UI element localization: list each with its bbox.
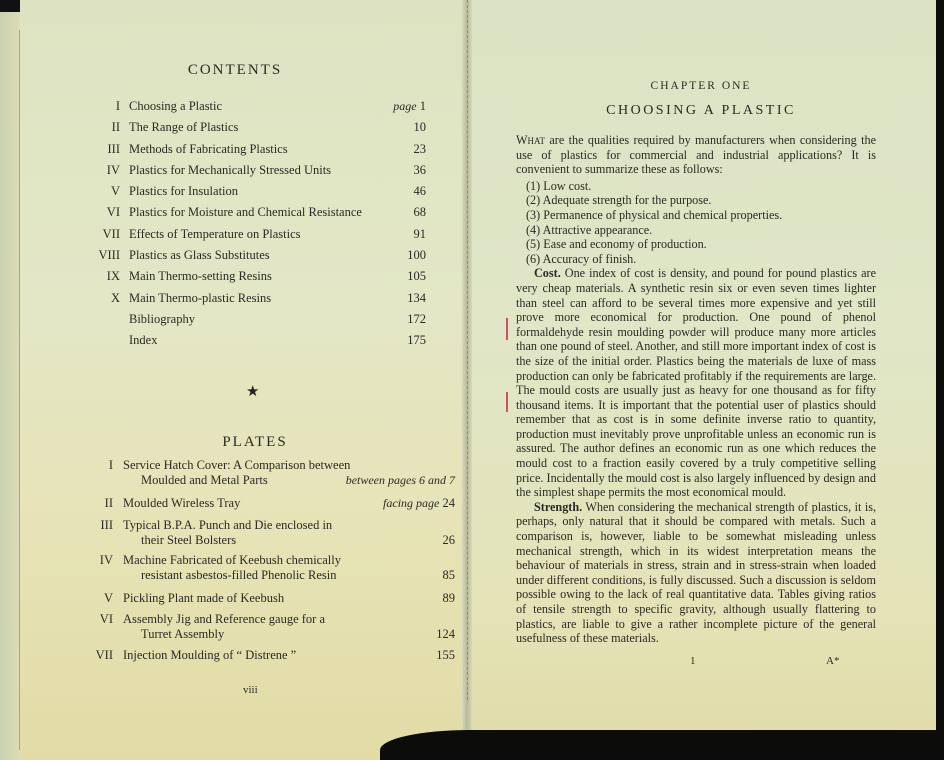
plate-title: Typical B.P.A. Punch and Die enclosed in… <box>123 518 463 548</box>
plate-title-continued: Moulded and Metal Parts <box>123 473 268 487</box>
toc-chapter-title: Choosing a Plastic <box>129 96 222 117</box>
toc-chapter-number: VII <box>80 224 120 245</box>
toc-chapter-title: Bibliography <box>129 309 195 330</box>
toc-page-number: 105 <box>407 266 426 287</box>
toc-entry: IXMain Thermo-setting Resins105 <box>80 266 430 287</box>
plates-heading: PLATES <box>0 434 510 451</box>
signature-mark: A* <box>826 655 839 667</box>
toc-chapter-number: II <box>80 117 120 138</box>
toc-page-number: 23 <box>414 139 427 160</box>
page-number-left: viii <box>243 684 258 696</box>
plate-number: VI <box>95 612 113 627</box>
plate-entry: IIMoulded Wireless Trayfacing page 24 <box>95 496 463 511</box>
toc-chapter-number: III <box>80 139 120 160</box>
toc-chapter-number: IV <box>80 160 120 181</box>
plate-number: I <box>95 458 113 473</box>
plate-entry: VPickling Plant made of Keebush89 <box>95 591 463 606</box>
plate-number: II <box>95 496 113 511</box>
toc-entry: VIIEffects of Temperature on Plastics91 <box>80 224 430 245</box>
star-ornament-icon: ★ <box>246 382 259 401</box>
strength-paragraph: Strength. When considering the mechanica… <box>516 500 876 646</box>
toc-chapter-title: Plastics as Glass Substitutes <box>129 245 270 266</box>
toc-chapter-title: Main Thermo-plastic Resins <box>129 288 271 309</box>
toc-entry: IIThe Range of Plastics10 <box>80 117 430 138</box>
toc-chapter-title: Plastics for Mechanically Stressed Units <box>129 160 331 181</box>
toc-chapter-number: X <box>80 288 120 309</box>
plate-number: VII <box>95 648 113 663</box>
toc-entry: IVPlastics for Mechanically Stressed Uni… <box>80 160 430 181</box>
plate-page: 155 <box>436 648 455 663</box>
qualities-list: (1) Low cost.(2) Adequate strength for t… <box>526 179 876 267</box>
toc-page-number: 91 <box>414 224 427 245</box>
plate-entry: IIITypical B.P.A. Punch and Die enclosed… <box>95 518 463 548</box>
left-page: CONTENTS IChoosing a Plasticpage 1IIThe … <box>0 0 466 760</box>
chapter-title: CHOOSING A PLASTIC <box>466 103 936 119</box>
cost-text: One index of cost is density, and pound … <box>516 266 876 499</box>
plate-page: 89 <box>443 591 456 606</box>
margin-mark-1 <box>506 318 508 340</box>
toc-page-number: 46 <box>414 181 427 202</box>
toc-page-number: 10 <box>414 117 427 138</box>
plate-page: facing page 24 <box>383 496 455 511</box>
page-number-right: 1 <box>690 655 696 667</box>
plate-title: Injection Moulding of “ Distrene ” <box>123 648 463 663</box>
toc-chapter-number: I <box>80 96 120 117</box>
toc-entry: VIIIPlastics as Glass Substitutes100 <box>80 245 430 266</box>
page-edges <box>0 0 20 760</box>
quality-item: (1) Low cost. <box>526 179 876 194</box>
toc-entry: Index175 <box>80 330 430 351</box>
toc-page-number: 68 <box>414 202 427 223</box>
plate-page: 124 <box>436 627 455 642</box>
page-edge-line <box>19 30 20 750</box>
margin-mark-2 <box>506 392 508 412</box>
toc-page-number: 134 <box>407 288 426 309</box>
plate-title: Machine Fabricated of Keebush chemically… <box>123 553 463 583</box>
plate-page: between pages 6 and 7 <box>346 473 455 488</box>
strength-heading: Strength. <box>534 500 582 514</box>
toc-entry: XMain Thermo-plastic Resins134 <box>80 288 430 309</box>
quality-item: (6) Accuracy of finish. <box>526 252 876 267</box>
toc-entry: Bibliography172 <box>80 309 430 330</box>
toc-page-prefix: page <box>393 99 416 113</box>
plate-title: Assembly Jig and Reference gauge for aTu… <box>123 612 463 642</box>
toc-entry: VIPlastics for Moisture and Chemical Res… <box>80 202 430 223</box>
strength-text: When considering the mechanical strength… <box>516 500 876 645</box>
plate-title: Pickling Plant made of Keebush <box>123 591 463 606</box>
quality-item: (2) Adequate strength for the purpose. <box>526 193 876 208</box>
toc-chapter-title: Main Thermo-setting Resins <box>129 266 272 287</box>
toc-page-number: page 1 <box>393 96 426 117</box>
plate-page: 26 <box>443 533 456 548</box>
plate-entry: IService Hatch Cover: A Comparison betwe… <box>95 458 463 488</box>
toc-entry: IChoosing a Plasticpage 1 <box>80 96 430 117</box>
toc-chapter-title: Plastics for Insulation <box>129 181 238 202</box>
table-of-contents: IChoosing a Plasticpage 1IIThe Range of … <box>80 96 430 352</box>
toc-chapter-number: V <box>80 181 120 202</box>
background-corner <box>0 0 20 12</box>
book-spread: CONTENTS IChoosing a Plasticpage 1IIThe … <box>0 0 944 760</box>
plate-page: 85 <box>443 568 456 583</box>
plate-number: III <box>95 518 113 533</box>
quality-item: (5) Ease and economy of production. <box>526 237 876 252</box>
plate-title-continued: Turret Assembly <box>123 627 224 641</box>
contents-heading: CONTENTS <box>0 62 470 79</box>
toc-chapter-number: VIII <box>80 245 120 266</box>
quality-item: (3) Permanence of physical and chemical … <box>526 208 876 223</box>
quality-item: (4) Attractive appearance. <box>526 223 876 238</box>
plate-entry: VIAssembly Jig and Reference gauge for a… <box>95 612 463 642</box>
plate-entry: VIIInjection Moulding of “ Distrene ”155 <box>95 648 463 663</box>
toc-page-number: 172 <box>407 309 426 330</box>
toc-chapter-title: Effects of Temperature on Plastics <box>129 224 301 245</box>
toc-page-number: 175 <box>407 330 426 351</box>
toc-entry: VPlastics for Insulation46 <box>80 181 430 202</box>
toc-entry: IIIMethods of Fabricating Plastics23 <box>80 139 430 160</box>
toc-chapter-number: IX <box>80 266 120 287</box>
plate-number: V <box>95 591 113 606</box>
intro-paragraph: What are the qualities required by manuf… <box>516 133 876 177</box>
toc-chapter-title: Methods of Fabricating Plastics <box>129 139 288 160</box>
toc-page-number: 36 <box>414 160 427 181</box>
plate-entry: IVMachine Fabricated of Keebush chemical… <box>95 553 463 583</box>
toc-chapter-title: Index <box>129 330 157 351</box>
intro-lead: What <box>516 133 545 147</box>
chapter-body: What are the qualities required by manuf… <box>516 133 876 646</box>
intro-text: are the qualities required by manufactur… <box>516 133 876 176</box>
toc-chapter-number: VI <box>80 202 120 223</box>
toc-chapter-title: The Range of Plastics <box>129 117 238 138</box>
plate-title-continued: their Steel Bolsters <box>123 533 236 547</box>
toc-chapter-title: Plastics for Moisture and Chemical Resis… <box>129 202 362 223</box>
background-shadow <box>380 730 944 760</box>
cost-heading: Cost. <box>534 266 561 280</box>
chapter-label: CHAPTER ONE <box>466 80 936 92</box>
cost-paragraph: Cost. One index of cost is density, and … <box>516 266 876 500</box>
plate-number: IV <box>95 553 113 568</box>
plate-title-continued: resistant asbestos-filled Phenolic Resin <box>123 568 336 582</box>
toc-page-number: 100 <box>407 245 426 266</box>
